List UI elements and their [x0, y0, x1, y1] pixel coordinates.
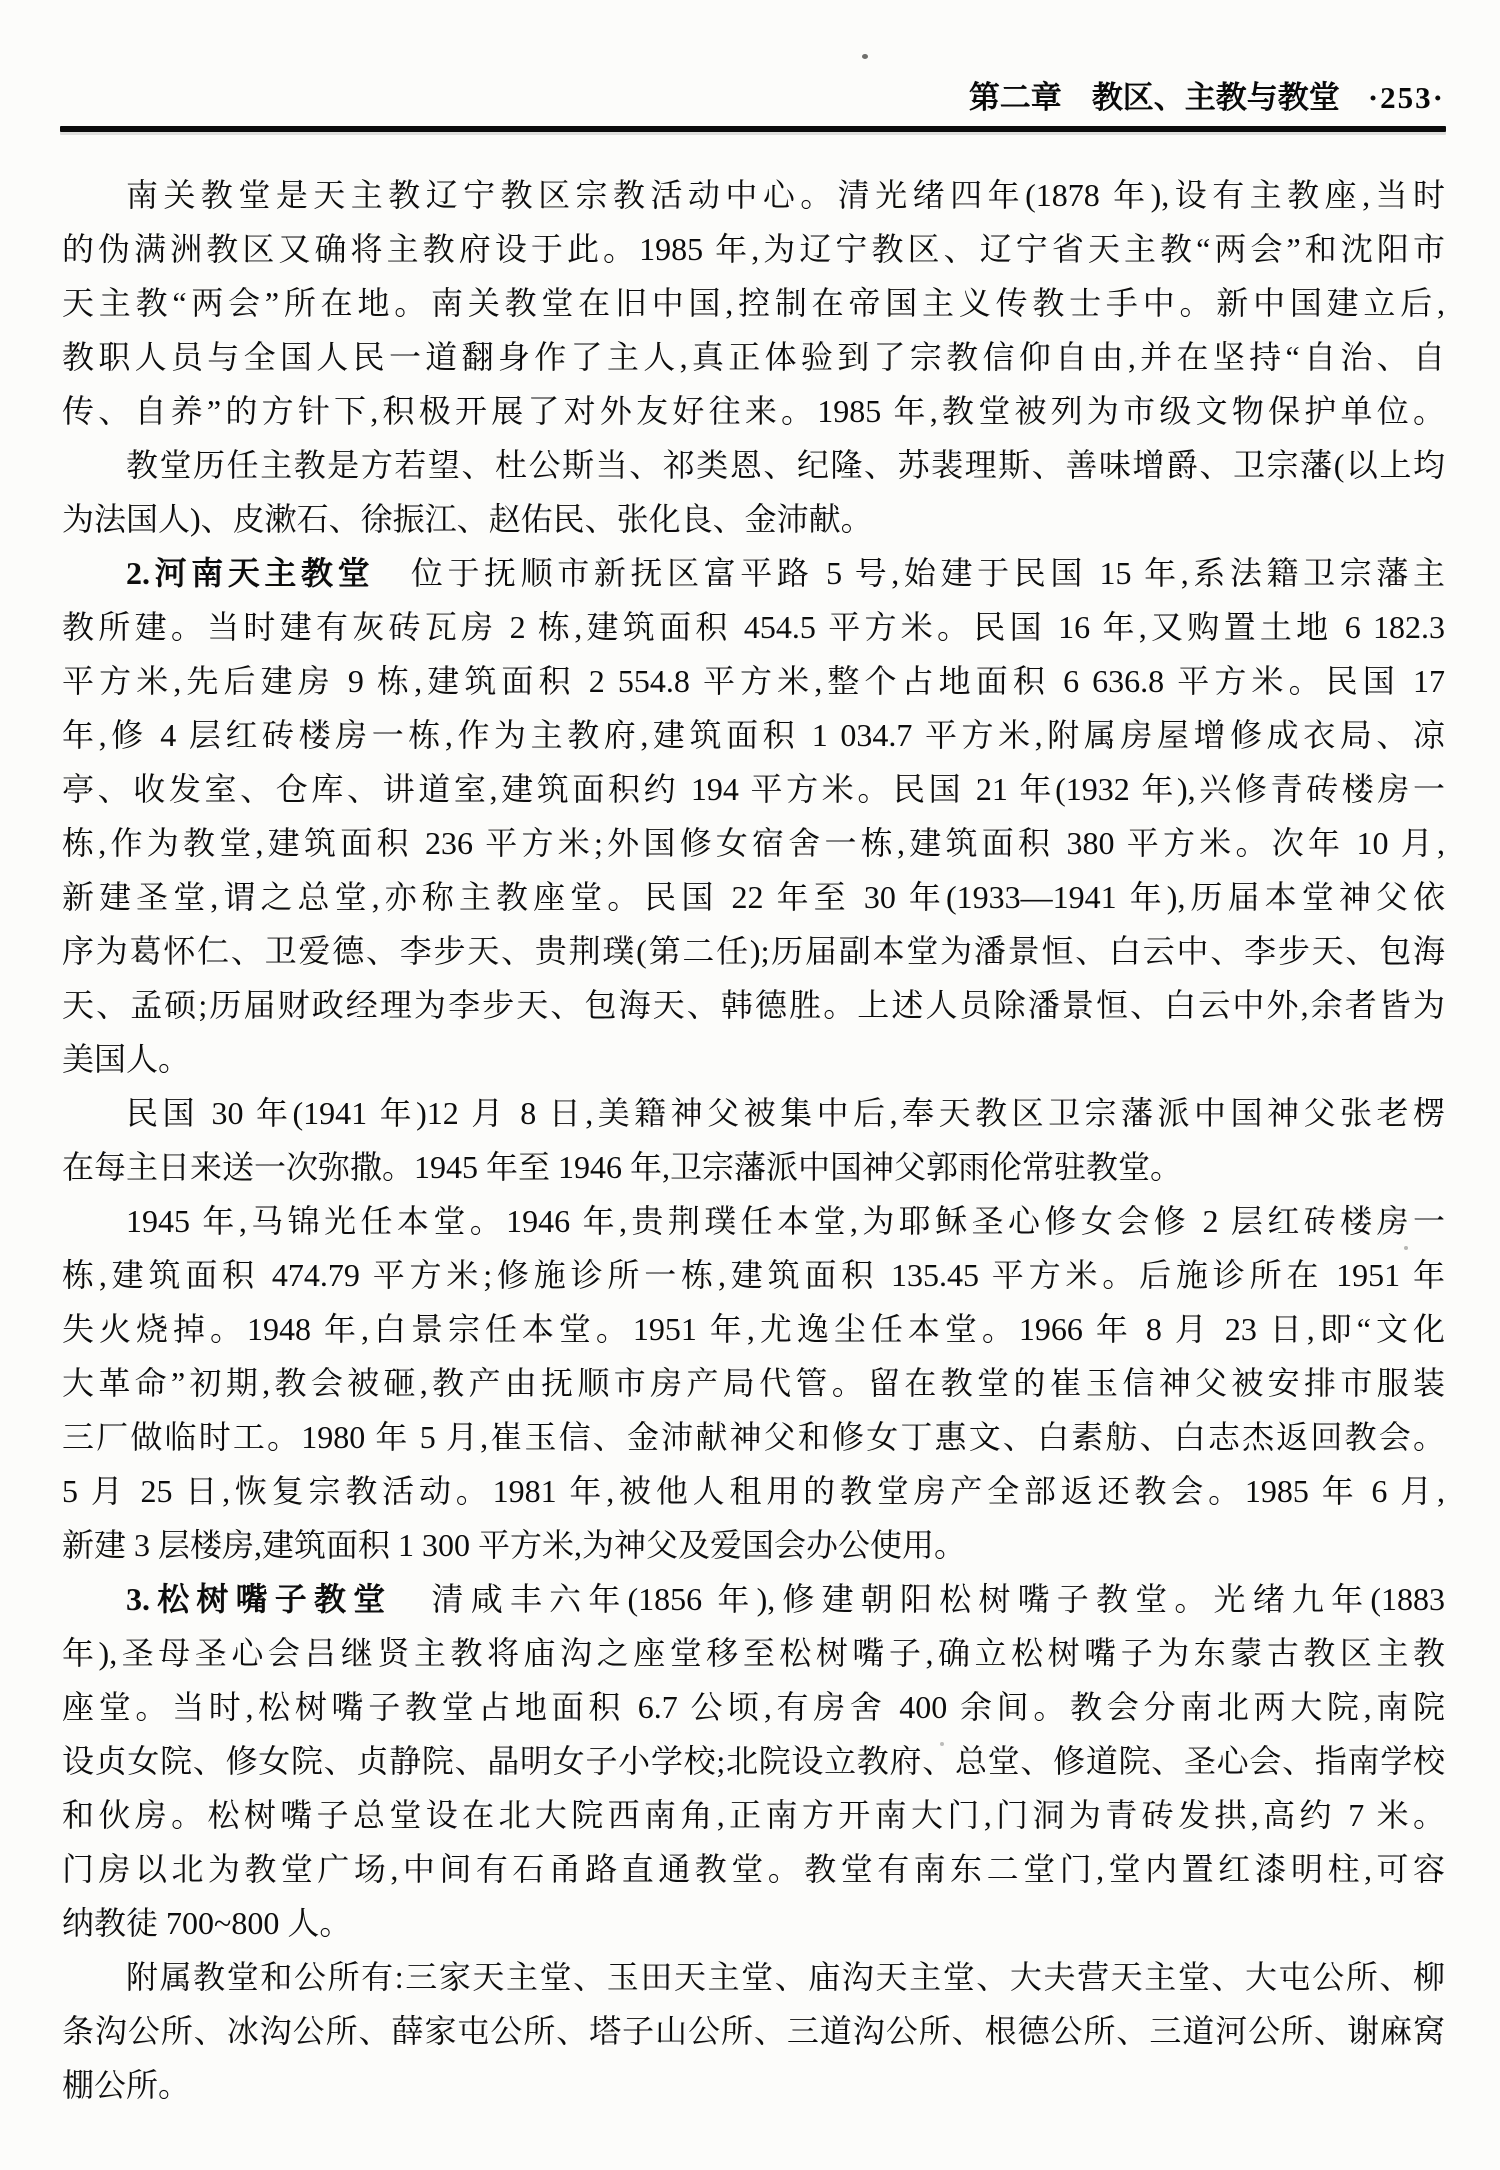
text-segment: 清咸丰六年(1856 年),修建朝阳松树嘴子教堂。光绪九年(1883	[392, 1581, 1445, 1617]
section-heading-line: 3.松树嘴子教堂 清咸丰六年(1856 年),修建朝阳松树嘴子教堂。光绪九年(1…	[62, 1572, 1445, 1626]
text-line: 为法国人)、皮漱石、徐振江、赵佑民、张化良、金沛献。	[62, 492, 1445, 546]
text-segment: 年),圣母圣心会吕继贤主教将庙沟之座堂移至松树嘴子,确立松树嘴子为东蒙古教区主教	[62, 1635, 1445, 1671]
text-segment: 位于抚顺市新抚区富平路 5 号,始建于民国 15 年,系法籍卫宗藩主	[374, 555, 1445, 591]
text-segment: 设贞女院、修女院、贞静院、晶明女子小学校;北院设立教府、总堂、修道院、圣心会、指…	[62, 1743, 1445, 1779]
text-segment: 平方米,先后建房 9 栋,建筑面积 2 554.8 平方米,整个占地面积 6 6…	[62, 663, 1445, 699]
text-line: 教职人员与全国人民一道翻身作了主人,真正体验到了宗教信仰自由,并在坚持“自治、自	[62, 330, 1445, 384]
text-segment: 新建 3 层楼房,建筑面积 1 300 平方米,为神父及爱国会办公使用。	[62, 1527, 966, 1563]
text-segment: 教所建。当时建有灰砖瓦房 2 栋,建筑面积 454.5 平方米。民国 16 年,…	[62, 609, 1445, 645]
text-line: 1945 年,马锦光任本堂。1946 年,贵荆璞任本堂,为耶稣圣心修女会修 2 …	[62, 1194, 1445, 1248]
text-segment: 栋,建筑面积 474.79 平方米;修施诊所一栋,建筑面积 135.45 平方米…	[62, 1257, 1445, 1293]
header-rule	[60, 126, 1446, 132]
text-segment: 新建圣堂,谓之总堂,亦称主教座堂。民国 22 年至 30 年(1933—1941…	[62, 879, 1445, 915]
text-segment: 年,修 4 层红砖楼房一栋,作为主教府,建筑面积 1 034.7 平方米,附属房…	[62, 717, 1445, 753]
text-segment: 三厂做临时工。1980 年 5 月,崔玉信、金沛献神父和修女丁惠文、白素舫、白志…	[62, 1419, 1445, 1455]
text-segment: 为法国人)、皮漱石、徐振江、赵佑民、张化良、金沛献。	[62, 501, 873, 537]
text-line: 天主教“两会”所在地。南关教堂在旧中国,控制在帝国主义传教士手中。新中国建立后,	[62, 276, 1445, 330]
text-segment: 和伙房。松树嘴子总堂设在北大院西南角,正南方开南大门,门洞为青砖发拱,高约 7 …	[62, 1797, 1445, 1833]
text-line: 亭、收发室、仓库、讲道室,建筑面积约 194 平方米。民国 21 年(1932 …	[62, 762, 1445, 816]
text-line: 平方米,先后建房 9 栋,建筑面积 2 554.8 平方米,整个占地面积 6 6…	[62, 654, 1445, 708]
text-line: 设贞女院、修女院、贞静院、晶明女子小学校;北院设立教府、总堂、修道院、圣心会、指…	[62, 1734, 1445, 1788]
text-segment: 门房以北为教堂广场,中间有石甬路直通教堂。教堂有南东二堂门,堂内置红漆明柱,可容	[62, 1851, 1445, 1887]
text-line: 门房以北为教堂广场,中间有石甬路直通教堂。教堂有南东二堂门,堂内置红漆明柱,可容	[62, 1842, 1445, 1896]
text-line: 座堂。当时,松树嘴子教堂占地面积 6.7 公顷,有房舍 400 余间。教会分南北…	[62, 1680, 1445, 1734]
book-page: 第二章教区、主教与教堂·253· 南关教堂是天主教辽宁教区宗教活动中心。清光绪四…	[0, 0, 1500, 2170]
text-segment: 棚公所。	[62, 2067, 190, 2103]
text-segment: 1945 年,马锦光任本堂。1946 年,贵荆璞任本堂,为耶稣圣心修女会修 2 …	[126, 1203, 1445, 1239]
scan-speck	[1404, 1246, 1408, 1250]
section-heading: 3.松树嘴子教堂	[126, 1581, 392, 1617]
text-line: 栋,作为教堂,建筑面积 236 平方米;外国修女宿舍一栋,建筑面积 380 平方…	[62, 816, 1445, 870]
text-line: 和伙房。松树嘴子总堂设在北大院西南角,正南方开南大门,门洞为青砖发拱,高约 7 …	[62, 1788, 1445, 1842]
text-line: 三厂做临时工。1980 年 5 月,崔玉信、金沛献神父和修女丁惠文、白素舫、白志…	[62, 1410, 1445, 1464]
page-number: ·253·	[1368, 80, 1445, 115]
text-line: 栋,建筑面积 474.79 平方米;修施诊所一栋,建筑面积 135.45 平方米…	[62, 1248, 1445, 1302]
text-line: 年,修 4 层红砖楼房一栋,作为主教府,建筑面积 1 034.7 平方米,附属房…	[62, 708, 1445, 762]
text-line: 条沟公所、冰沟公所、薛家屯公所、塔子山公所、三道沟公所、根德公所、三道河公所、谢…	[62, 2004, 1445, 2058]
text-line: 传、自养”的方针下,积极开展了对外友好往来。1985 年,教堂被列为市级文物保护…	[62, 384, 1445, 438]
chapter-label: 第二章	[969, 80, 1062, 115]
text-line: 美国人。	[62, 1032, 1445, 1086]
text-line: 在每主日来送一次弥撒。1945 年至 1946 年,卫宗藩派中国神父郭雨伦常驻教…	[62, 1140, 1445, 1194]
text-line: 大革命”初期,教会被砸,教产由抚顺市房产局代管。留在教堂的崔玉信神父被安排市服装	[62, 1356, 1445, 1410]
text-segment: 教职人员与全国人民一道翻身作了主人,真正体验到了宗教信仰自由,并在坚持“自治、自	[62, 339, 1445, 375]
text-line: 的伪满洲教区又确将主教府设于此。1985 年,为辽宁教区、辽宁省天主教“两会”和…	[62, 222, 1445, 276]
text-segment: 大革命”初期,教会被砸,教产由抚顺市房产局代管。留在教堂的崔玉信神父被安排市服装	[62, 1365, 1445, 1401]
text-line: 5 月 25 日,恢复宗教活动。1981 年,被他人租用的教堂房产全部返还教会。…	[62, 1464, 1445, 1518]
scan-speck	[940, 1742, 944, 1746]
text-segment: 美国人。	[62, 1041, 190, 1077]
text-segment: 传、自养”的方针下,积极开展了对外友好往来。1985 年,教堂被列为市级文物保护…	[62, 393, 1445, 429]
text-segment: 栋,作为教堂,建筑面积 236 平方米;外国修女宿舍一栋,建筑面积 380 平方…	[62, 825, 1445, 861]
text-segment: 天、孟硕;历届财政经理为李步天、包海天、韩德胜。上述人员除潘景恒、白云中外,余者…	[62, 987, 1445, 1023]
scan-speck	[862, 54, 868, 59]
text-line: 棚公所。	[62, 2058, 1445, 2112]
text-line: 教堂历任主教是方若望、杜公斯当、祁类恩、纪隆、苏裴理斯、善味增爵、卫宗藩(以上均	[62, 438, 1445, 492]
text-line: 序为葛怀仁、卫爱德、李步天、贵荆璞(第二任);历届副本堂为潘景恒、白云中、李步天…	[62, 924, 1445, 978]
text-line: 失火烧掉。1948 年,白景宗任本堂。1951 年,尤逸尘任本堂。1966 年 …	[62, 1302, 1445, 1356]
text-segment: 附属教堂和公所有:三家天主堂、玉田天主堂、庙沟天主堂、大夫营天主堂、大屯公所、柳	[126, 1959, 1445, 1995]
text-segment: 失火烧掉。1948 年,白景宗任本堂。1951 年,尤逸尘任本堂。1966 年 …	[62, 1311, 1445, 1347]
text-line: 南关教堂是天主教辽宁教区宗教活动中心。清光绪四年(1878 年),设有主教座,当…	[62, 168, 1445, 222]
text-segment: 民国 30 年(1941 年)12 月 8 日,美籍神父被集中后,奉天教区卫宗藩…	[126, 1095, 1445, 1131]
page-header: 第二章教区、主教与教堂·253·	[62, 78, 1445, 118]
text-segment: 在每主日来送一次弥撒。1945 年至 1946 年,卫宗藩派中国神父郭雨伦常驻教…	[62, 1149, 1182, 1185]
text-segment: 教堂历任主教是方若望、杜公斯当、祁类恩、纪隆、苏裴理斯、善味增爵、卫宗藩(以上均	[126, 447, 1445, 483]
text-segment: 序为葛怀仁、卫爱德、李步天、贵荆璞(第二任);历届副本堂为潘景恒、白云中、李步天…	[62, 933, 1445, 969]
section-heading: 2.河南天主教堂	[126, 555, 374, 591]
body-text: 南关教堂是天主教辽宁教区宗教活动中心。清光绪四年(1878 年),设有主教座,当…	[62, 168, 1445, 2112]
text-line: 附属教堂和公所有:三家天主堂、玉田天主堂、庙沟天主堂、大夫营天主堂、大屯公所、柳	[62, 1950, 1445, 2004]
text-segment: 条沟公所、冰沟公所、薛家屯公所、塔子山公所、三道沟公所、根德公所、三道河公所、谢…	[62, 2013, 1445, 2049]
text-segment: 座堂。当时,松树嘴子教堂占地面积 6.7 公顷,有房舍 400 余间。教会分南北…	[62, 1689, 1445, 1725]
text-segment: 的伪满洲教区又确将主教府设于此。1985 年,为辽宁教区、辽宁省天主教“两会”和…	[62, 231, 1445, 267]
text-line: 教所建。当时建有灰砖瓦房 2 栋,建筑面积 454.5 平方米。民国 16 年,…	[62, 600, 1445, 654]
text-segment: 亭、收发室、仓库、讲道室,建筑面积约 194 平方米。民国 21 年(1932 …	[62, 771, 1445, 807]
text-line: 民国 30 年(1941 年)12 月 8 日,美籍神父被集中后,奉天教区卫宗藩…	[62, 1086, 1445, 1140]
text-segment: 天主教“两会”所在地。南关教堂在旧中国,控制在帝国主义传教士手中。新中国建立后,	[62, 285, 1445, 321]
text-line: 年),圣母圣心会吕继贤主教将庙沟之座堂移至松树嘴子,确立松树嘴子为东蒙古教区主教	[62, 1626, 1445, 1680]
text-segment: 南关教堂是天主教辽宁教区宗教活动中心。清光绪四年(1878 年),设有主教座,当…	[126, 177, 1445, 213]
text-line: 新建 3 层楼房,建筑面积 1 300 平方米,为神父及爱国会办公使用。	[62, 1518, 1445, 1572]
text-line: 纳教徒 700~800 人。	[62, 1896, 1445, 1950]
section-heading-line: 2.河南天主教堂 位于抚顺市新抚区富平路 5 号,始建于民国 15 年,系法籍卫…	[62, 546, 1445, 600]
text-segment: 纳教徒 700~800 人。	[62, 1905, 351, 1941]
running-head-title: 教区、主教与教堂	[1092, 80, 1340, 115]
text-line: 天、孟硕;历届财政经理为李步天、包海天、韩德胜。上述人员除潘景恒、白云中外,余者…	[62, 978, 1445, 1032]
text-segment: 5 月 25 日,恢复宗教活动。1981 年,被他人租用的教堂房产全部返还教会。…	[62, 1473, 1445, 1509]
text-line: 新建圣堂,谓之总堂,亦称主教座堂。民国 22 年至 30 年(1933—1941…	[62, 870, 1445, 924]
